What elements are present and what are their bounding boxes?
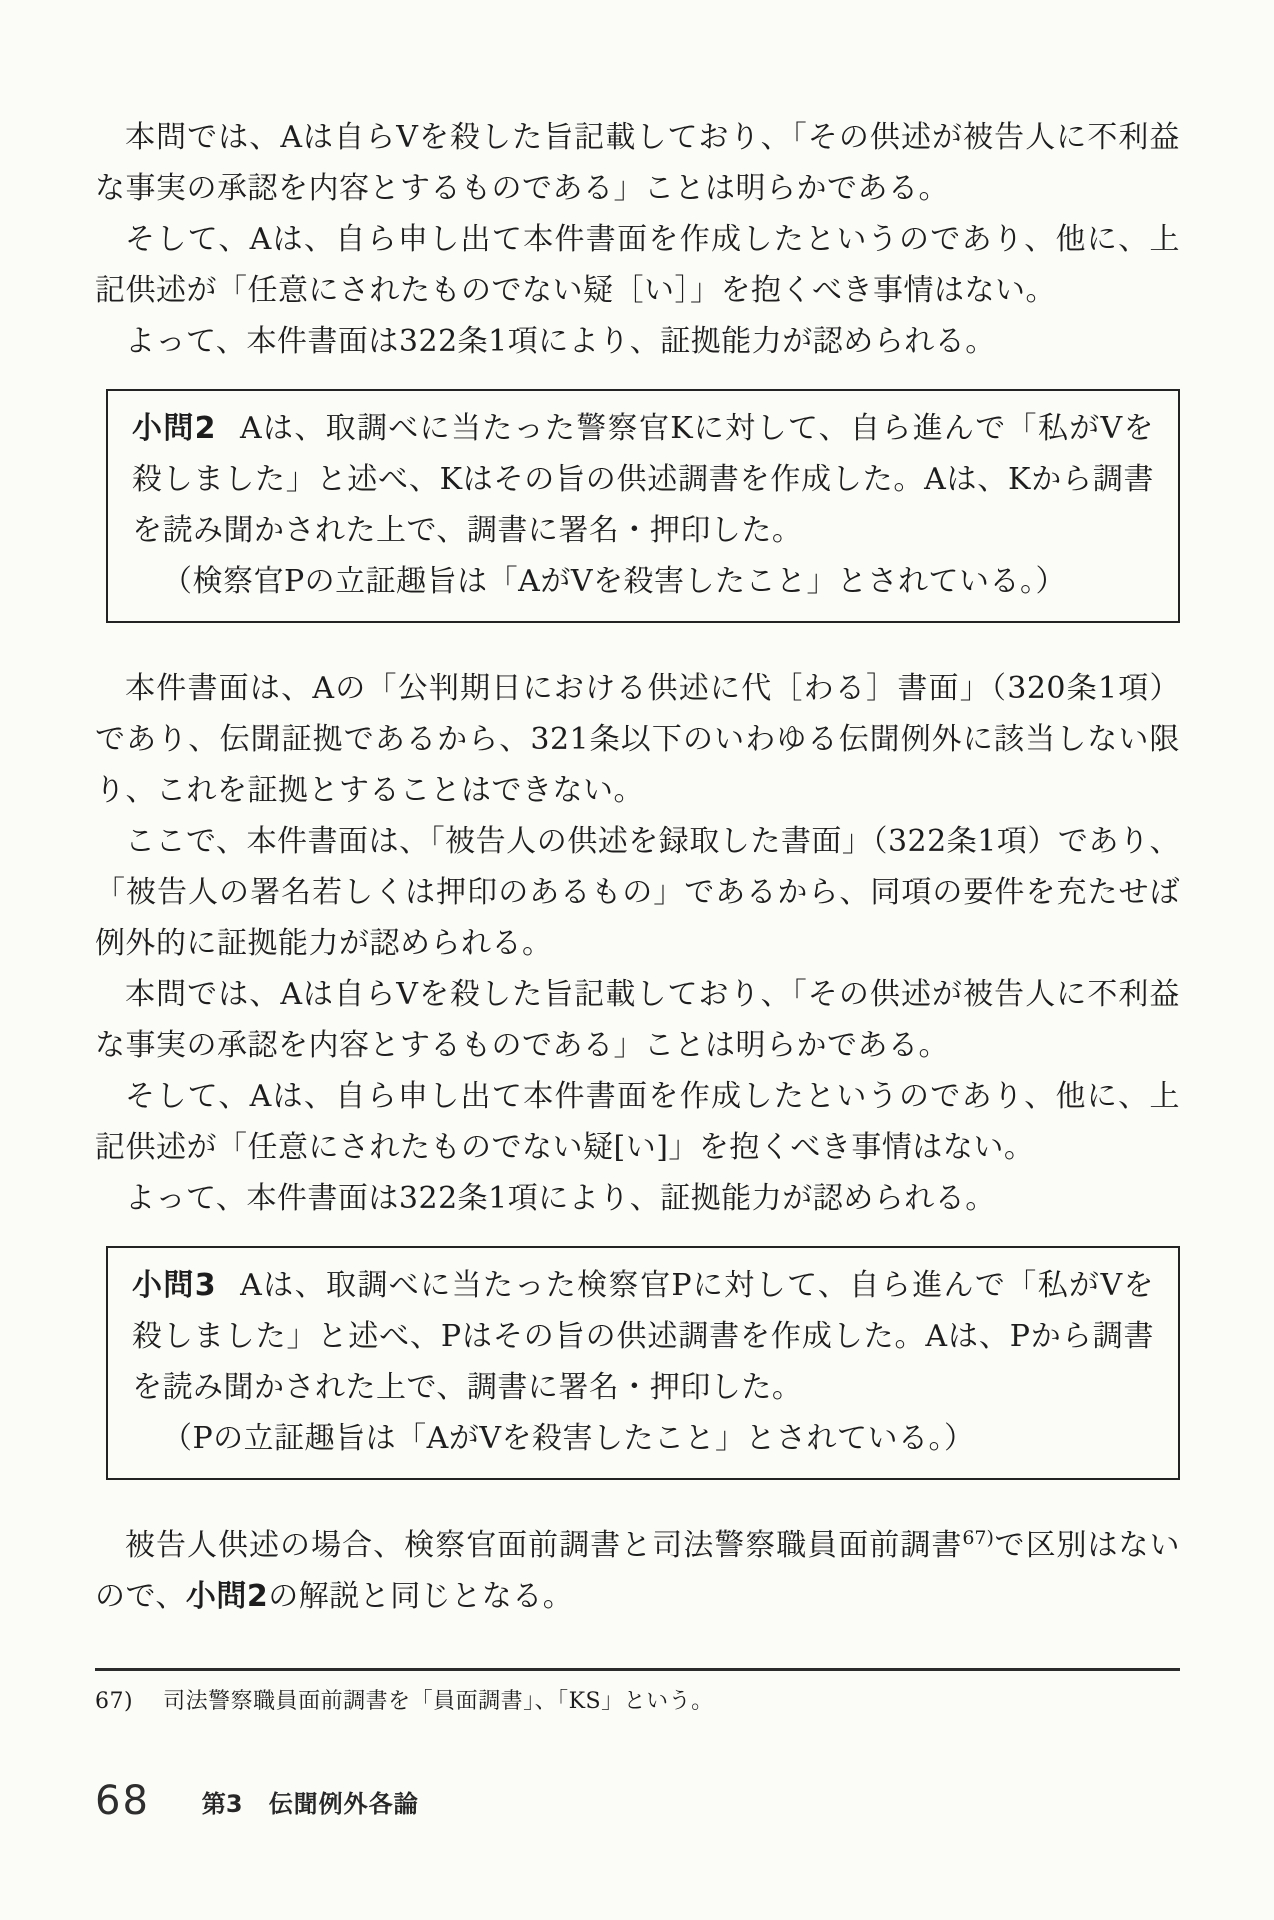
footnote-67: 67)司法警察職員面前調書を「員面調書」、「KS」という。 <box>95 1687 1180 1717</box>
problem-box-komon2: 小問2Aは、取調べに当たった警察官Kに対して、自ら進んで「私がVを殺しました」と… <box>106 389 1180 623</box>
paragraph-final-explanation: 被告人供述の場合、検察官面前調書と司法警察職員面前調書67)で区別はないので、小… <box>95 1520 1180 1622</box>
paragraph-admissibility: よって、本件書面は322条1項により、証拠能力が認められる。 <box>95 316 1180 367</box>
problem-note-komon2: （検察官Pの立証趣旨は「AがVを殺害したこと」とされている。） <box>132 556 1154 607</box>
paragraph-322-requirements: ここで、本件書面は、「被告人の供述を録取した書面」（322条1項）であり、「被告… <box>95 816 1180 969</box>
book-page: 本問では、Aは自らVを殺した旨記載しており、「その供述が被告人に不利益な事実の承… <box>0 0 1274 1920</box>
footnote-text: 司法警察職員面前調書を「員面調書」、「KS」という。 <box>163 1689 714 1714</box>
problem-note-komon3: （Pの立証趣旨は「AがVを殺害したこと」とされている。） <box>132 1413 1154 1464</box>
footnote-area: 67)司法警察職員面前調書を「員面調書」、「KS」という。 <box>95 1668 1180 1717</box>
footnote-ref-67: 67) <box>962 1527 994 1549</box>
problem-label-komon2: 小問2 <box>132 411 216 446</box>
page-number: 68 <box>95 1778 150 1824</box>
problem-body-komon2: Aは、取調べに当たった警察官Kに対して、自ら進んで「私がVを殺しました」と述べ、… <box>132 411 1154 548</box>
problem-box-komon3: 小問3Aは、取調べに当たった検察官Pに対して、自ら進んで「私がVを殺しました」と… <box>106 1246 1180 1480</box>
footnote-number: 67) <box>95 1687 133 1717</box>
problem-statement-komon2: 小問2Aは、取調べに当たった警察官Kに対して、自ら進んで「私がVを殺しました」と… <box>132 403 1154 556</box>
problem-label-komon3: 小問3 <box>132 1268 216 1303</box>
main-text-column: 本問では、Aは自らVを殺した旨記載しており、「その供述が被告人に不利益な事実の承… <box>95 112 1180 1622</box>
paragraph-conclusion-facts-2: 本問では、Aは自らVを殺した旨記載しており、「その供述が被告人に不利益な事実の承… <box>95 969 1180 1071</box>
footer-section-title: 伝聞例外各論 <box>269 1784 419 1819</box>
paragraph-admissibility-2: よって、本件書面は322条1項により、証拠能力が認められる。 <box>95 1173 1180 1224</box>
final-seg1: 被告人供述の場合、検察官面前調書と司法警察職員面前調書 <box>125 1528 962 1563</box>
final-seg3: の解説と同じとなる。 <box>268 1579 573 1614</box>
problem-body-komon3: Aは、取調べに当たった検察官Pに対して、自ら進んで「私がVを殺しました」と述べ、… <box>132 1268 1154 1405</box>
paragraph-voluntariness: そして、Aは、自ら申し出て本件書面を作成したというのであり、他に、上記供述が「任… <box>95 214 1180 316</box>
paragraph-conclusion-facts: 本問では、Aは自らVを殺した旨記載しており、「その供述が被告人に不利益な事実の承… <box>95 112 1180 214</box>
page-footer: 68 第3 伝聞例外各論 <box>95 1778 419 1824</box>
problem-statement-komon3: 小問3Aは、取調べに当たった検察官Pに対して、自ら進んで「私がVを殺しました」と… <box>132 1260 1154 1413</box>
paragraph-hearsay-rule: 本件書面は、Aの「公判期日における供述に代［わる］書面」（320条1項）であり、… <box>95 663 1180 816</box>
footnote-divider <box>95 1668 1180 1671</box>
paragraph-voluntariness-2: そして、Aは、自ら申し出て本件書面を作成したというのであり、他に、上記供述が「任… <box>95 1071 1180 1173</box>
final-bold-komon2: 小問2 <box>186 1579 268 1614</box>
footer-chapter: 第3 <box>202 1784 243 1819</box>
